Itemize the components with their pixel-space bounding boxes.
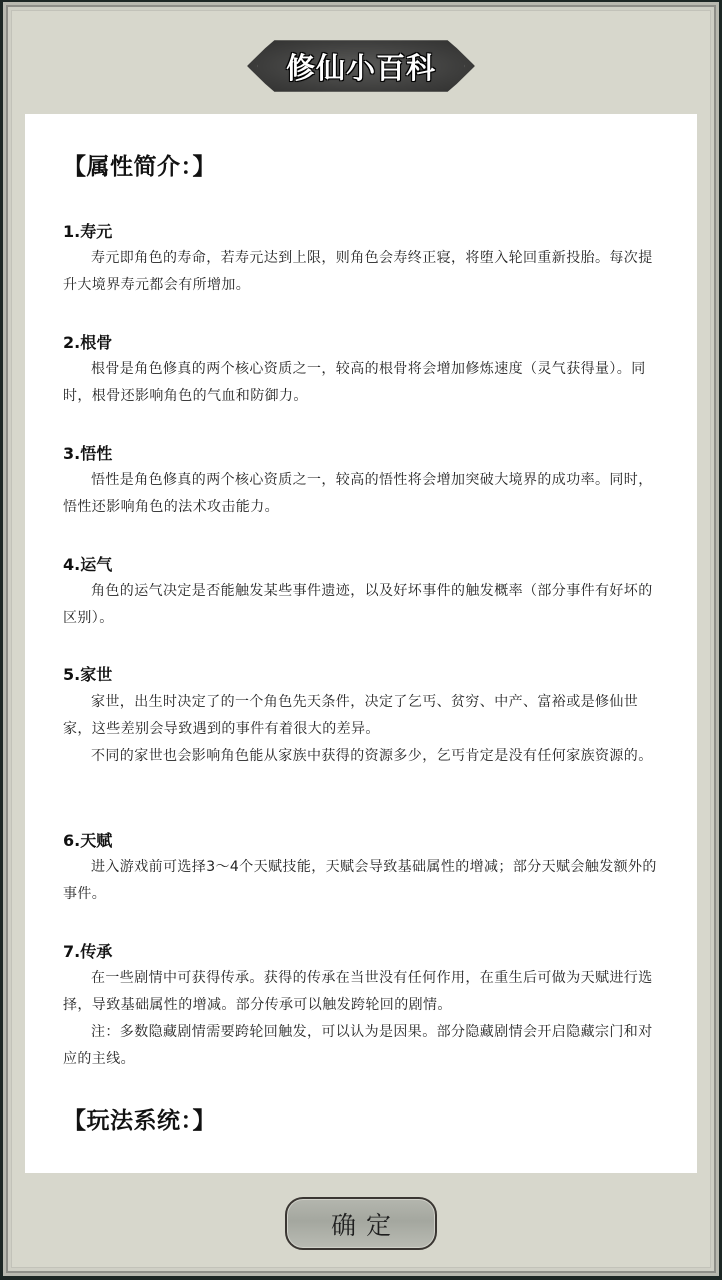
item-paragraph: 根骨是角色修真的两个核心资质之一，较高的根骨将会增加修炼速度（灵气获得量）。同时… (63, 356, 663, 410)
item-paragraph: 进入游戏前可选择3～4个天赋技能，天赋会导致基础属性的增减；部分天赋会触发额外的… (63, 854, 663, 908)
item-body-inheritance: 在一些剧情中可获得传承。获得的传承在当世没有任何作用，在重生后可做为天赋进行选择… (63, 965, 663, 1073)
item-body-talent: 进入游戏前可选择3～4个天赋技能，天赋会导致基础属性的增减；部分天赋会触发额外的… (63, 854, 663, 908)
item-title-comprehension: 3.悟性 (63, 441, 112, 464)
item-title-talent: 6.天赋 (63, 828, 112, 851)
item-title-bone: 2.根骨 (63, 330, 112, 353)
section-title-attributes: 【属性简介：】 (63, 148, 216, 181)
item-paragraph: 角色的运气决定是否能触发某些事件遗迹，以及好坏事件的触发概率（部分事件有好坏的区… (63, 578, 663, 632)
item-paragraph: 寿元即角色的寿命，若寿元达到上限，则角色会寿终正寝，将堕入轮回重新投胎。每次提升… (63, 245, 663, 299)
page-title: 修仙小百科 (286, 46, 436, 87)
title-banner: 修仙小百科 (247, 38, 475, 94)
encyclopedia-panel[interactable]: 【属性简介：】 1.寿元 寿元即角色的寿命，若寿元达到上限，则角色会寿终正寝，将… (25, 114, 697, 1173)
section-title-gameplay: 【玩法系统：】 (63, 1102, 216, 1135)
item-title-family: 5.家世 (63, 662, 112, 685)
confirm-button-label: 确定 (321, 1206, 401, 1242)
item-paragraph: 不同的家世也会影响角色能从家族中获得的资源多少，乞丐肯定是没有任何家族资源的。 (63, 743, 663, 770)
item-body-luck: 角色的运气决定是否能触发某些事件遗迹，以及好坏事件的触发概率（部分事件有好坏的区… (63, 578, 663, 632)
confirm-button[interactable]: 确定 (285, 1197, 437, 1250)
item-paragraph: 注：多数隐藏剧情需要跨轮回触发，可以认为是因果。部分隐藏剧情会开启隐藏宗门和对应… (63, 1019, 663, 1073)
item-paragraph: 家世，出生时决定了的一个角色先天条件，决定了乞丐、贫穷、中产、富裕或是修仙世家，… (63, 689, 663, 743)
item-body-lifespan: 寿元即角色的寿命，若寿元达到上限，则角色会寿终正寝，将堕入轮回重新投胎。每次提升… (63, 245, 663, 299)
item-title-luck: 4.运气 (63, 552, 112, 575)
item-body-family: 家世，出生时决定了的一个角色先天条件，决定了乞丐、贫穷、中产、富裕或是修仙世家，… (63, 689, 663, 770)
item-title-lifespan: 1.寿元 (63, 219, 112, 242)
item-body-bone: 根骨是角色修真的两个核心资质之一，较高的根骨将会增加修炼速度（灵气获得量）。同时… (63, 356, 663, 410)
item-title-inheritance: 7.传承 (63, 939, 112, 962)
item-paragraph: 在一些剧情中可获得传承。获得的传承在当世没有任何作用，在重生后可做为天赋进行选择… (63, 965, 663, 1019)
item-paragraph: 悟性是角色修真的两个核心资质之一，较高的悟性将会增加突破大境界的成功率。同时，悟… (63, 467, 663, 521)
item-body-comprehension: 悟性是角色修真的两个核心资质之一，较高的悟性将会增加突破大境界的成功率。同时，悟… (63, 467, 663, 521)
